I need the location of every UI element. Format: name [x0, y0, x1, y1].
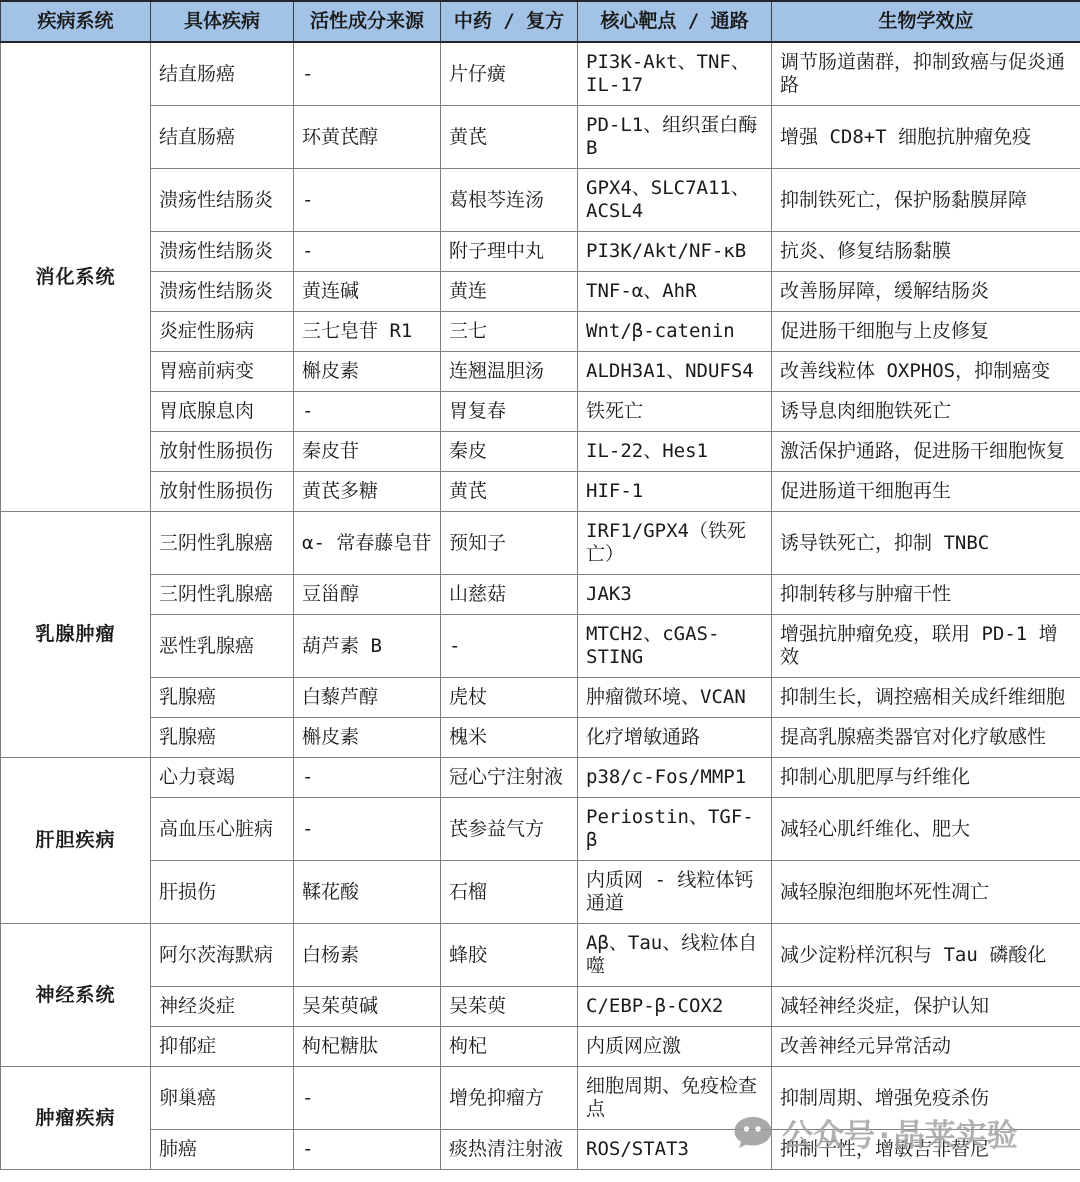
cell-compound: -: [294, 169, 441, 232]
cell-herb: 枸杞: [441, 1027, 578, 1067]
cell-compound: 白杨素: [294, 924, 441, 987]
cell-compound: -: [294, 758, 441, 798]
cell-compound: 白藜芦醇: [294, 678, 441, 718]
cell-compound: 环黄芪醇: [294, 106, 441, 169]
column-header-biological-effect: 生物学效应: [772, 1, 1080, 42]
cell-disease: 胃底腺息肉: [151, 392, 294, 432]
cell-disease: 乳腺癌: [151, 718, 294, 758]
table-row: 炎症性肠病三七皂苷 R1三七Wnt/β-catenin促进肠干细胞与上皮修复: [1, 312, 1080, 352]
cell-effect: 增强 CD8+T 细胞抗肿瘤免疫: [772, 106, 1080, 169]
cell-target: IRF1/GPX4（铁死亡）: [578, 512, 772, 575]
cell-compound: -: [294, 232, 441, 272]
cell-target: PI3K/Akt/NF-κB: [578, 232, 772, 272]
cell-disease: 卵巢癌: [151, 1067, 294, 1130]
cell-compound: -: [294, 1067, 441, 1130]
cell-effect: 促进肠干细胞与上皮修复: [772, 312, 1080, 352]
cell-herb: 吴茱萸: [441, 987, 578, 1027]
cell-disease: 肝损伤: [151, 861, 294, 924]
cell-target: 细胞周期、免疫检查点: [578, 1067, 772, 1130]
cell-target: 肿瘤微环境、VCAN: [578, 678, 772, 718]
table-row: 消化系统结直肠癌-片仔癀PI3K-Akt、TNF、IL-17调节肠道菌群，抑制致…: [1, 42, 1080, 106]
cell-target: Aβ、Tau、线粒体自噬: [578, 924, 772, 987]
cell-target: PD-L1、组织蛋白酶B: [578, 106, 772, 169]
cell-disease: 溃疡性结肠炎: [151, 272, 294, 312]
cell-herb: 芪参益气方: [441, 798, 578, 861]
cell-herb: 预知子: [441, 512, 578, 575]
cell-disease: 三阴性乳腺癌: [151, 512, 294, 575]
cell-disease: 结直肠癌: [151, 106, 294, 169]
cell-compound: -: [294, 392, 441, 432]
cell-effect: 抑制转移与肿瘤干性: [772, 575, 1080, 615]
cell-target: Periostin、TGF-β: [578, 798, 772, 861]
cell-compound: 三七皂苷 R1: [294, 312, 441, 352]
cell-effect: 诱导铁死亡，抑制 TNBC: [772, 512, 1080, 575]
cell-effect: 减轻神经炎症，保护认知: [772, 987, 1080, 1027]
table-row: 放射性肠损伤秦皮苷秦皮IL-22、Hes1激活保护通路，促进肠干细胞恢复: [1, 432, 1080, 472]
table-row: 胃底腺息肉-胃复春铁死亡诱导息肉细胞铁死亡: [1, 392, 1080, 432]
cell-effect: 调节肠道菌群，抑制致癌与促炎通路: [772, 42, 1080, 106]
cell-herb: 三七: [441, 312, 578, 352]
cell-disease: 恶性乳腺癌: [151, 615, 294, 678]
cell-effect: 减轻腺泡细胞坏死性凋亡: [772, 861, 1080, 924]
cell-herb: 连翘温胆汤: [441, 352, 578, 392]
cell-disease: 心力衰竭: [151, 758, 294, 798]
cell-effect: 改善线粒体 OXPHOS，抑制癌变: [772, 352, 1080, 392]
table-row: 乳腺癌白藜芦醇虎杖肿瘤微环境、VCAN抑制生长，调控癌相关成纤维细胞: [1, 678, 1080, 718]
cell-effect: 增强抗肿瘤免疫，联用 PD-1 增效: [772, 615, 1080, 678]
cell-compound: 槲皮素: [294, 718, 441, 758]
table-row: 溃疡性结肠炎黄连碱黄连TNF-α、AhR改善肠屏障，缓解结肠炎: [1, 272, 1080, 312]
cell-compound: 秦皮苷: [294, 432, 441, 472]
cell-target: ROS/STAT3: [578, 1130, 772, 1170]
cell-compound: -: [294, 1130, 441, 1170]
cell-effect: 抑制心肌肥厚与纤维化: [772, 758, 1080, 798]
cell-target: p38/c-Fos/MMP1: [578, 758, 772, 798]
system-cell: 乳腺肿瘤: [1, 512, 151, 758]
cell-herb: 虎杖: [441, 678, 578, 718]
cell-herb: 片仔癀: [441, 42, 578, 106]
cell-disease: 三阴性乳腺癌: [151, 575, 294, 615]
cell-compound: α- 常春藤皂苷: [294, 512, 441, 575]
table-row: 神经系统阿尔茨海默病白杨素蜂胶Aβ、Tau、线粒体自噬减少淀粉样沉积与 Tau …: [1, 924, 1080, 987]
table-row: 放射性肠损伤黄芪多糖黄芪HIF-1促进肠道干细胞再生: [1, 472, 1080, 512]
system-cell: 肝胆疾病: [1, 758, 151, 924]
cell-herb: 痰热清注射液: [441, 1130, 578, 1170]
cell-herb: 黄连: [441, 272, 578, 312]
cell-disease: 放射性肠损伤: [151, 472, 294, 512]
table-row: 乳腺肿瘤三阴性乳腺癌α- 常春藤皂苷预知子IRF1/GPX4（铁死亡）诱导铁死亡…: [1, 512, 1080, 575]
cell-herb: 胃复春: [441, 392, 578, 432]
table-row: 恶性乳腺癌葫芦素 B-MTCH2、cGAS-STING增强抗肿瘤免疫，联用 PD…: [1, 615, 1080, 678]
table-row: 神经炎症吴茱萸碱吴茱萸C/EBP-β-COX2减轻神经炎症，保护认知: [1, 987, 1080, 1027]
cell-target: JAK3: [578, 575, 772, 615]
tcm-disease-table: 疾病系统 具体疾病 活性成分来源 中药 / 复方 核心靶点 / 通路 生物学效应…: [0, 0, 1080, 1170]
cell-target: GPX4、SLC7A11、ACSL4: [578, 169, 772, 232]
cell-target: Wnt/β-catenin: [578, 312, 772, 352]
cell-herb: 附子理中丸: [441, 232, 578, 272]
cell-herb: 石榴: [441, 861, 578, 924]
cell-effect: 减轻心肌纤维化、肥大: [772, 798, 1080, 861]
cell-herb: 冠心宁注射液: [441, 758, 578, 798]
table-row: 肝损伤鞣花酸石榴内质网 - 线粒体钙通道减轻腺泡细胞坏死性凋亡: [1, 861, 1080, 924]
cell-target: PI3K-Akt、TNF、IL-17: [578, 42, 772, 106]
cell-effect: 促进肠道干细胞再生: [772, 472, 1080, 512]
cell-effect: 抑制周期、增强免疫杀伤: [772, 1067, 1080, 1130]
table-row: 肿瘤疾病卵巢癌-增免抑瘤方细胞周期、免疫检查点抑制周期、增强免疫杀伤: [1, 1067, 1080, 1130]
cell-effect: 改善神经元异常活动: [772, 1027, 1080, 1067]
cell-disease: 结直肠癌: [151, 42, 294, 106]
cell-compound: 枸杞糖肽: [294, 1027, 441, 1067]
column-header-disease: 具体疾病: [151, 1, 294, 42]
cell-disease: 肺癌: [151, 1130, 294, 1170]
cell-disease: 溃疡性结肠炎: [151, 232, 294, 272]
column-header-disease-system: 疾病系统: [1, 1, 151, 42]
cell-herb: 秦皮: [441, 432, 578, 472]
cell-herb: 槐米: [441, 718, 578, 758]
column-header-herb-formula: 中药 / 复方: [441, 1, 578, 42]
cell-target: IL-22、Hes1: [578, 432, 772, 472]
system-cell: 肿瘤疾病: [1, 1067, 151, 1170]
cell-disease: 神经炎症: [151, 987, 294, 1027]
cell-herb: 黄芪: [441, 106, 578, 169]
table-row: 溃疡性结肠炎-葛根芩连汤GPX4、SLC7A11、ACSL4抑制铁死亡，保护肠黏…: [1, 169, 1080, 232]
cell-disease: 乳腺癌: [151, 678, 294, 718]
column-header-compound-source: 活性成分来源: [294, 1, 441, 42]
cell-herb: 增免抑瘤方: [441, 1067, 578, 1130]
cell-target: C/EBP-β-COX2: [578, 987, 772, 1027]
table-row: 高血压心脏病-芪参益气方Periostin、TGF-β减轻心肌纤维化、肥大: [1, 798, 1080, 861]
cell-target: HIF-1: [578, 472, 772, 512]
table-row: 溃疡性结肠炎-附子理中丸PI3K/Akt/NF-κB抗炎、修复结肠黏膜: [1, 232, 1080, 272]
cell-target: 铁死亡: [578, 392, 772, 432]
cell-effect: 抑制生长，调控癌相关成纤维细胞: [772, 678, 1080, 718]
cell-disease: 溃疡性结肠炎: [151, 169, 294, 232]
table-row: 三阴性乳腺癌豆甾醇山慈菇JAK3抑制转移与肿瘤干性: [1, 575, 1080, 615]
table-row: 结直肠癌环黄芪醇黄芪PD-L1、组织蛋白酶B增强 CD8+T 细胞抗肿瘤免疫: [1, 106, 1080, 169]
cell-effect: 抗炎、修复结肠黏膜: [772, 232, 1080, 272]
cell-herb: 葛根芩连汤: [441, 169, 578, 232]
cell-disease: 胃癌前病变: [151, 352, 294, 392]
cell-compound: 鞣花酸: [294, 861, 441, 924]
cell-target: ALDH3A1、NDUFS4: [578, 352, 772, 392]
table-body: 消化系统结直肠癌-片仔癀PI3K-Akt、TNF、IL-17调节肠道菌群，抑制致…: [1, 42, 1080, 1170]
cell-disease: 放射性肠损伤: [151, 432, 294, 472]
cell-target: 化疗增敏通路: [578, 718, 772, 758]
cell-compound: 黄芪多糖: [294, 472, 441, 512]
cell-disease: 阿尔茨海默病: [151, 924, 294, 987]
table-row: 胃癌前病变槲皮素连翘温胆汤ALDH3A1、NDUFS4改善线粒体 OXPHOS，…: [1, 352, 1080, 392]
cell-disease: 抑郁症: [151, 1027, 294, 1067]
table-row: 抑郁症枸杞糖肽枸杞内质网应激改善神经元异常活动: [1, 1027, 1080, 1067]
cell-target: TNF-α、AhR: [578, 272, 772, 312]
cell-effect: 改善肠屏障，缓解结肠炎: [772, 272, 1080, 312]
cell-effect: 减少淀粉样沉积与 Tau 磷酸化: [772, 924, 1080, 987]
table-row: 乳腺癌槲皮素槐米化疗增敏通路提高乳腺癌类器官对化疗敏感性: [1, 718, 1080, 758]
system-cell: 神经系统: [1, 924, 151, 1067]
table-row: 肺癌-痰热清注射液ROS/STAT3抑制干性，增敏吉非替尼: [1, 1130, 1080, 1170]
cell-herb: 蜂胶: [441, 924, 578, 987]
system-cell: 消化系统: [1, 42, 151, 512]
table-header: 疾病系统 具体疾病 活性成分来源 中药 / 复方 核心靶点 / 通路 生物学效应: [1, 1, 1080, 42]
cell-effect: 抑制干性，增敏吉非替尼: [772, 1130, 1080, 1170]
cell-herb: 山慈菇: [441, 575, 578, 615]
cell-effect: 激活保护通路，促进肠干细胞恢复: [772, 432, 1080, 472]
cell-compound: 豆甾醇: [294, 575, 441, 615]
cell-compound: -: [294, 42, 441, 106]
cell-target: MTCH2、cGAS-STING: [578, 615, 772, 678]
cell-herb: 黄芪: [441, 472, 578, 512]
cell-target: 内质网应激: [578, 1027, 772, 1067]
cell-compound: -: [294, 798, 441, 861]
header-row: 疾病系统 具体疾病 活性成分来源 中药 / 复方 核心靶点 / 通路 生物学效应: [1, 1, 1080, 42]
cell-compound: 吴茱萸碱: [294, 987, 441, 1027]
cell-compound: 黄连碱: [294, 272, 441, 312]
cell-effect: 诱导息肉细胞铁死亡: [772, 392, 1080, 432]
cell-effect: 提高乳腺癌类器官对化疗敏感性: [772, 718, 1080, 758]
cell-disease: 高血压心脏病: [151, 798, 294, 861]
cell-compound: 葫芦素 B: [294, 615, 441, 678]
cell-herb: -: [441, 615, 578, 678]
cell-effect: 抑制铁死亡，保护肠黏膜屏障: [772, 169, 1080, 232]
column-header-target-pathway: 核心靶点 / 通路: [578, 1, 772, 42]
cell-compound: 槲皮素: [294, 352, 441, 392]
cell-target: 内质网 - 线粒体钙通道: [578, 861, 772, 924]
cell-disease: 炎症性肠病: [151, 312, 294, 352]
table-row: 肝胆疾病心力衰竭-冠心宁注射液p38/c-Fos/MMP1抑制心肌肥厚与纤维化: [1, 758, 1080, 798]
